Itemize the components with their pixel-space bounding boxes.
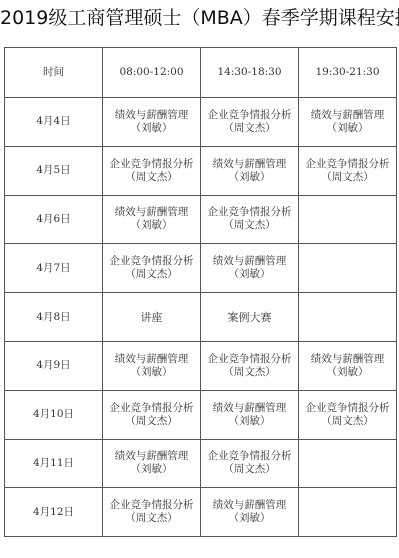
course-name: 企业竞争情报分析 xyxy=(103,402,200,415)
teacher-name: （刘敏） xyxy=(103,463,200,476)
course-cell: 绩效与薪酬管理（刘敏） xyxy=(299,341,397,390)
table-row: 4月11日绩效与薪酬管理（刘敏）企业竞争情报分析（周文杰） xyxy=(5,439,397,488)
course-name: 企业竞争情报分析 xyxy=(299,158,396,171)
teacher-name: （刘敏） xyxy=(201,171,298,184)
teacher-name: （刘敏） xyxy=(103,219,200,232)
slot-header-afternoon: 14:30-18:30 xyxy=(201,48,299,98)
table-row: 4月6日绩效与薪酬管理（刘敏）企业竞争情报分析（周文杰） xyxy=(5,195,397,244)
teacher-name: （周文杰） xyxy=(201,219,298,232)
course-name: 企业竞争情报分析 xyxy=(299,402,396,415)
course-name: 企业竞争情报分析 xyxy=(201,109,298,122)
course-name: 绩效与薪酬管理 xyxy=(201,499,298,512)
teacher-name: （周文杰） xyxy=(201,122,298,135)
course-name: 讲座 xyxy=(103,311,200,324)
schedule-table: 时间 08:00-12:00 14:30-18:30 19:30-21:30 4… xyxy=(4,47,397,537)
course-cell: 绩效与薪酬管理（刘敏） xyxy=(201,244,299,293)
teacher-name: （周文杰） xyxy=(103,512,200,525)
course-cell: 企业竞争情报分析（周文杰） xyxy=(201,341,299,390)
course-name: 绩效与薪酬管理 xyxy=(103,353,200,366)
course-name: 绩效与薪酬管理 xyxy=(103,109,200,122)
course-cell xyxy=(299,488,397,537)
teacher-name: （刘敏） xyxy=(201,268,298,281)
course-cell: 案例大赛 xyxy=(201,293,299,342)
course-cell: 企业竞争情报分析（周文杰） xyxy=(299,146,397,195)
course-cell: 绩效与薪酬管理（刘敏） xyxy=(103,341,201,390)
teacher-name: （周文杰） xyxy=(201,366,298,379)
teacher-name: （刘敏） xyxy=(299,366,396,379)
course-cell xyxy=(299,244,397,293)
teacher-name: （刘敏） xyxy=(103,122,200,135)
course-cell: 绩效与薪酬管理（刘敏） xyxy=(201,488,299,537)
course-cell: 绩效与薪酬管理（刘敏） xyxy=(103,195,201,244)
course-cell: 企业竞争情报分析（周文杰） xyxy=(299,390,397,439)
date-cell: 4月10日 xyxy=(5,390,103,439)
course-cell: 企业竞争情报分析（周文杰） xyxy=(201,98,299,147)
course-cell xyxy=(299,293,397,342)
table-row: 4月7日企业竞争情报分析（周文杰）绩效与薪酬管理（刘敏） xyxy=(5,244,397,293)
course-name: 绩效与薪酬管理 xyxy=(299,353,396,366)
table-row: 4月4日绩效与薪酬管理（刘敏）企业竞争情报分析（周文杰）绩效与薪酬管理（刘敏） xyxy=(5,98,397,147)
course-name: 案例大赛 xyxy=(201,311,298,324)
course-cell: 绩效与薪酬管理（刘敏） xyxy=(103,98,201,147)
course-name: 企业竞争情报分析 xyxy=(201,450,298,463)
teacher-name: （刘敏） xyxy=(299,122,396,135)
date-cell: 4月9日 xyxy=(5,341,103,390)
teacher-name: （周文杰） xyxy=(201,463,298,476)
course-cell: 企业竞争情报分析（周文杰） xyxy=(103,244,201,293)
teacher-name: （周文杰） xyxy=(299,171,396,184)
course-cell: 企业竞争情报分析（周文杰） xyxy=(103,488,201,537)
teacher-name: （刘敏） xyxy=(201,415,298,428)
course-cell: 企业竞争情报分析（周文杰） xyxy=(201,439,299,488)
teacher-name: （周文杰） xyxy=(299,415,396,428)
date-cell: 4月4日 xyxy=(5,98,103,147)
time-header: 时间 xyxy=(5,48,103,98)
table-row: 4月9日绩效与薪酬管理（刘敏）企业竞争情报分析（周文杰）绩效与薪酬管理（刘敏） xyxy=(5,341,397,390)
page-title: 2019级工商管理硕士（MBA）春季学期课程安排 xyxy=(0,6,399,30)
course-cell: 企业竞争情报分析（周文杰） xyxy=(103,146,201,195)
course-cell: 绩效与薪酬管理（刘敏） xyxy=(201,390,299,439)
course-name: 企业竞争情报分析 xyxy=(103,255,200,268)
course-cell: 讲座 xyxy=(103,293,201,342)
table-row: 4月5日企业竞争情报分析（周文杰）绩效与薪酬管理（刘敏）企业竞争情报分析（周文杰… xyxy=(5,146,397,195)
teacher-name: （周文杰） xyxy=(103,171,200,184)
date-cell: 4月8日 xyxy=(5,293,103,342)
date-cell: 4月11日 xyxy=(5,439,103,488)
slot-header-morning: 08:00-12:00 xyxy=(103,48,201,98)
table-row: 4月8日讲座案例大赛 xyxy=(5,293,397,342)
course-name: 绩效与薪酬管理 xyxy=(103,206,200,219)
table-row: 4月12日企业竞争情报分析（周文杰）绩效与薪酬管理（刘敏） xyxy=(5,488,397,537)
course-name: 企业竞争情报分析 xyxy=(201,353,298,366)
header-row: 时间 08:00-12:00 14:30-18:30 19:30-21:30 xyxy=(5,48,397,98)
teacher-name: （刘敏） xyxy=(201,512,298,525)
course-cell: 企业竞争情报分析（周文杰） xyxy=(201,195,299,244)
course-name: 企业竞争情报分析 xyxy=(103,499,200,512)
teacher-name: （周文杰） xyxy=(103,268,200,281)
teacher-name: （刘敏） xyxy=(103,366,200,379)
course-name: 绩效与薪酬管理 xyxy=(201,158,298,171)
date-cell: 4月12日 xyxy=(5,488,103,537)
course-name: 绩效与薪酬管理 xyxy=(103,450,200,463)
slot-header-evening: 19:30-21:30 xyxy=(299,48,397,98)
course-name: 绩效与薪酬管理 xyxy=(201,255,298,268)
course-cell xyxy=(299,195,397,244)
course-name: 企业竞争情报分析 xyxy=(103,158,200,171)
date-cell: 4月5日 xyxy=(5,146,103,195)
teacher-name: （周文杰） xyxy=(103,415,200,428)
course-cell: 绩效与薪酬管理（刘敏） xyxy=(299,98,397,147)
date-cell: 4月7日 xyxy=(5,244,103,293)
course-name: 企业竞争情报分析 xyxy=(201,206,298,219)
course-name: 绩效与薪酬管理 xyxy=(299,109,396,122)
course-cell: 绩效与薪酬管理（刘敏） xyxy=(201,146,299,195)
course-cell: 绩效与薪酬管理（刘敏） xyxy=(103,439,201,488)
course-cell xyxy=(299,439,397,488)
date-cell: 4月6日 xyxy=(5,195,103,244)
course-name: 绩效与薪酬管理 xyxy=(201,402,298,415)
table-row: 4月10日企业竞争情报分析（周文杰）绩效与薪酬管理（刘敏）企业竞争情报分析（周文… xyxy=(5,390,397,439)
course-cell: 企业竞争情报分析（周文杰） xyxy=(103,390,201,439)
